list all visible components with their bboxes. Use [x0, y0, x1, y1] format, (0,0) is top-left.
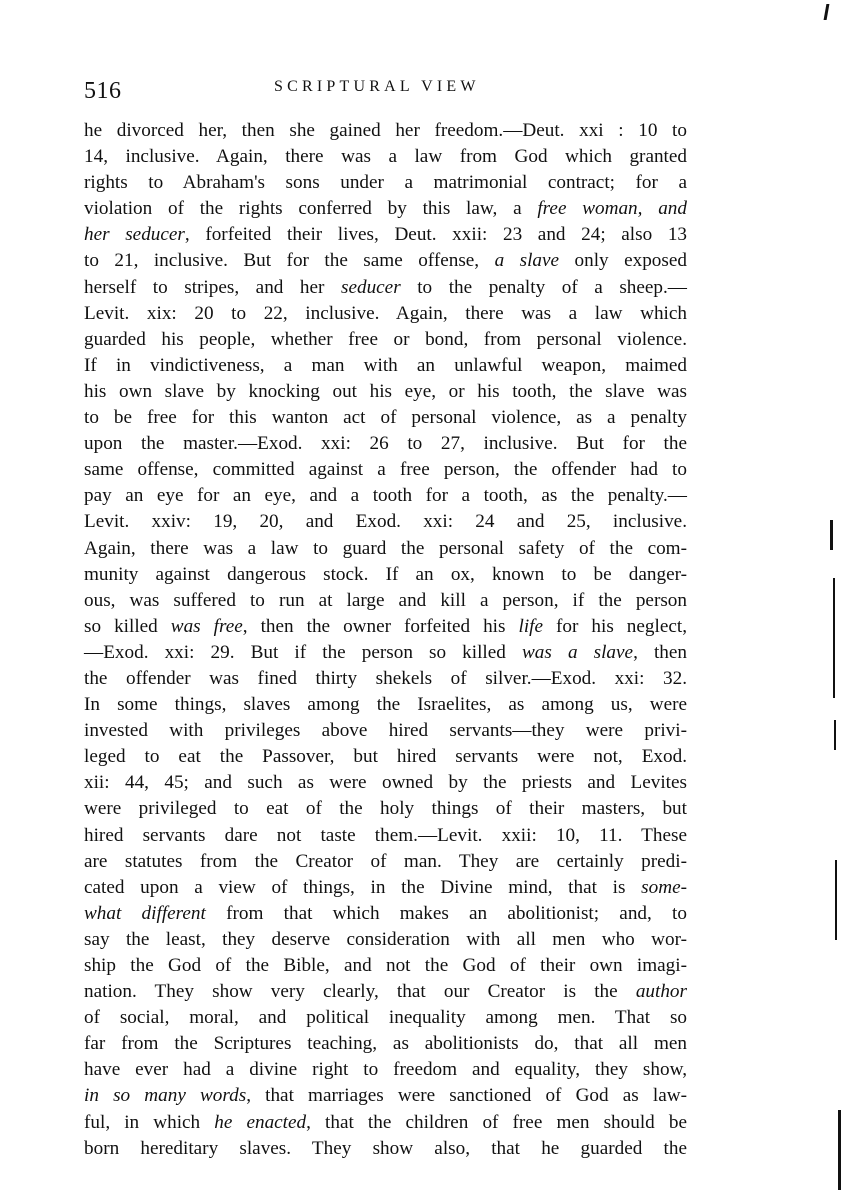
text-run: he divorced her, then she gained her fre…	[84, 120, 687, 141]
text-run: herself to stripes, and her	[84, 277, 341, 298]
text-run: are statutes from the Creator of man. Th…	[84, 851, 687, 872]
text-line: born hereditary slaves. They show also, …	[84, 1136, 687, 1162]
text-run: of social, moral, and political inequali…	[84, 1007, 687, 1028]
text-line: cated upon a view of things, in the Divi…	[84, 875, 687, 901]
text-run: If in vindictiveness, a man with an unla…	[84, 355, 687, 376]
italic-text: her seducer	[84, 224, 185, 245]
text-run: ful, in which	[84, 1112, 214, 1133]
text-line: far from the Scriptures teaching, as abo…	[84, 1031, 687, 1057]
text-run: to be free for this wanton act of person…	[84, 407, 687, 428]
text-line: —Exod. xxi: 29. But if the person so kil…	[84, 640, 687, 666]
text-run: far from the Scriptures teaching, as abo…	[84, 1033, 687, 1054]
book-page: 516 SCRIPTURAL VIEW he divorced her, the…	[0, 0, 845, 1200]
text-line: same offense, committed against a free p…	[84, 457, 687, 483]
italic-text: in so many words	[84, 1085, 246, 1106]
text-run: say the least, they deserve consideratio…	[84, 929, 687, 950]
text-line: hired servants dare not taste them.—Levi…	[84, 823, 687, 849]
italic-text: seducer	[341, 277, 401, 298]
text-line: to 21, inclusive. But for the same offen…	[84, 248, 687, 274]
text-run: from that which makes an abolitionist; a…	[206, 903, 687, 924]
text-line: xii: 44, 45; and such as were owned by t…	[84, 770, 687, 796]
text-run: the offender was fined thirty shekels of…	[84, 668, 687, 689]
text-run: munity against dangerous stock. If an ox…	[84, 564, 687, 585]
text-line: rights to Abraham's sons under a matrimo…	[84, 170, 687, 196]
text-line: ous, was suffered to run at large and ki…	[84, 588, 687, 614]
italic-text: was a slave	[522, 642, 633, 663]
text-run: leged to eat the Passover, but hired ser…	[84, 746, 687, 767]
text-run: born hereditary slaves. They show also, …	[84, 1138, 687, 1159]
text-run: upon the master.—Exod. xxi: 26 to 27, in…	[84, 433, 687, 454]
text-run: pay an eye for an eye, and a tooth for a…	[84, 485, 687, 506]
text-line: upon the master.—Exod. xxi: 26 to 27, in…	[84, 431, 687, 457]
text-run: rights to Abraham's sons under a matrimo…	[84, 172, 687, 193]
text-run: In some things, slaves among the Israeli…	[84, 694, 687, 715]
italic-text: what different	[84, 903, 206, 924]
text-run: 14, inclusive. Again, there was a law fr…	[84, 146, 687, 167]
text-line: to be free for this wanton act of person…	[84, 405, 687, 431]
italic-text: author	[636, 981, 687, 1002]
text-line: leged to eat the Passover, but hired ser…	[84, 744, 687, 770]
text-run: cated upon a view of things, in the Divi…	[84, 877, 641, 898]
text-line: herself to stripes, and her seducer to t…	[84, 275, 687, 301]
scan-edge-mark	[830, 520, 833, 550]
text-run: same offense, committed against a free p…	[84, 459, 687, 480]
text-line: so killed was free, then the owner forfe…	[84, 614, 687, 640]
text-line: ship the God of the Bible, and not the G…	[84, 953, 687, 979]
italic-text: was free	[171, 616, 243, 637]
text-run: nation. They show very clearly, that our…	[84, 981, 636, 1002]
text-line: Levit. xix: 20 to 22, inclusive. Again, …	[84, 301, 687, 327]
body-text: he divorced her, then she gained her fre…	[84, 118, 687, 1162]
text-line: he divorced her, then she gained her fre…	[84, 118, 687, 144]
text-run: to the penalty of a sheep.—	[401, 277, 687, 298]
text-line: pay an eye for an eye, and a tooth for a…	[84, 483, 687, 509]
text-line: the offender was fined thirty shekels of…	[84, 666, 687, 692]
text-line: 14, inclusive. Again, there was a law fr…	[84, 144, 687, 170]
text-line: of social, moral, and political inequali…	[84, 1005, 687, 1031]
text-run: ship the God of the Bible, and not the G…	[84, 955, 687, 976]
scan-edge-mark	[835, 860, 837, 940]
italic-text: free woman, and	[537, 198, 687, 219]
text-run: so killed	[84, 616, 171, 637]
text-line: guarded his people, whether free or bond…	[84, 327, 687, 353]
text-line: invested with privileges above hired ser…	[84, 718, 687, 744]
text-run: Levit. xix: 20 to 22, inclusive. Again, …	[84, 303, 687, 324]
text-run: xii: 44, 45; and such as were owned by t…	[84, 772, 687, 793]
text-line: are statutes from the Creator of man. Th…	[84, 849, 687, 875]
text-line: have ever had a divine right to freedom …	[84, 1057, 687, 1083]
text-run: only exposed	[559, 250, 687, 271]
text-line: nation. They show very clearly, that our…	[84, 979, 687, 1005]
text-line: in so many words, that marriages were sa…	[84, 1083, 687, 1109]
text-line: Levit. xxiv: 19, 20, and Exod. xxi: 24 a…	[84, 509, 687, 535]
text-line: ful, in which he enacted, that the child…	[84, 1110, 687, 1136]
scan-edge-mark	[824, 4, 830, 20]
text-run: invested with privileges above hired ser…	[84, 720, 687, 741]
text-run: ous, was suffered to run at large and ki…	[84, 590, 687, 611]
text-run: Levit. xxiv: 19, 20, and Exod. xxi: 24 a…	[84, 511, 687, 532]
text-run: Again, there was a law to guard the pers…	[84, 538, 687, 559]
text-run: hired servants dare not taste them.—Levi…	[84, 825, 687, 846]
text-run: , forfeited their lives, Deut. xxii: 23 …	[185, 224, 687, 245]
text-run: were privileged to eat of the holy thing…	[84, 798, 687, 819]
text-line: munity against dangerous stock. If an ox…	[84, 562, 687, 588]
text-line: were privileged to eat of the holy thing…	[84, 796, 687, 822]
text-run: , then	[633, 642, 687, 663]
scan-edge-mark	[833, 578, 835, 698]
text-line: If in vindictiveness, a man with an unla…	[84, 353, 687, 379]
italic-text: life	[519, 616, 544, 637]
text-line: In some things, slaves among the Israeli…	[84, 692, 687, 718]
italic-text: a slave	[495, 250, 559, 271]
text-run: , then the owner forfeited his	[243, 616, 519, 637]
text-line: violation of the rights conferred by thi…	[84, 196, 687, 222]
text-line: Again, there was a law to guard the pers…	[84, 536, 687, 562]
text-line: her seducer, forfeited their lives, Deut…	[84, 222, 687, 248]
scan-edge-mark	[838, 1110, 841, 1190]
text-run: to 21, inclusive. But for the same offen…	[84, 250, 495, 271]
scan-edge-mark	[834, 720, 836, 750]
text-line: say the least, they deserve consideratio…	[84, 927, 687, 953]
italic-text: he enacted	[214, 1112, 306, 1133]
text-run: violation of the rights conferred by thi…	[84, 198, 537, 219]
text-run: for his neglect,	[543, 616, 687, 637]
text-run: his own slave by knocking out his eye, o…	[84, 381, 687, 402]
text-run: have ever had a divine right to freedom …	[84, 1059, 687, 1080]
page-number: 516	[84, 78, 122, 105]
text-run: , that the children of free men should b…	[306, 1112, 687, 1133]
text-line: his own slave by knocking out his eye, o…	[84, 379, 687, 405]
text-run: , that marriages were sanctioned of God …	[246, 1085, 687, 1106]
running-head: 516 SCRIPTURAL VIEW	[84, 78, 689, 108]
running-title: SCRIPTURAL VIEW	[274, 78, 480, 96]
text-run: —Exod. xxi: 29. But if the person so kil…	[84, 642, 522, 663]
text-run: guarded his people, whether free or bond…	[84, 329, 687, 350]
italic-text: some-	[641, 877, 687, 898]
text-line: what different from that which makes an …	[84, 901, 687, 927]
